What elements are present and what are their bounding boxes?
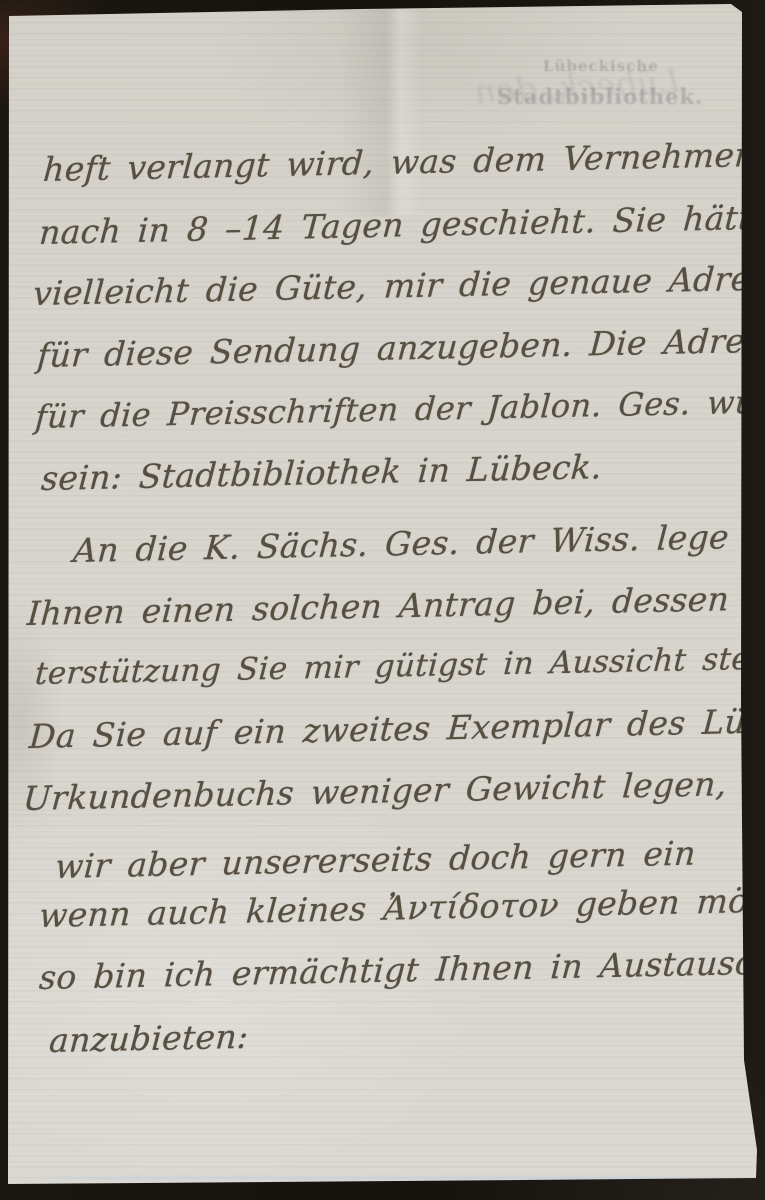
handwritten-line: anzubieten:	[48, 1017, 250, 1060]
letter-paper: Lübeckische Stadtbibliothek. Lübeck, den…	[0, 0, 765, 1200]
scanned-letter-screenshot: { "scan": { "paper_color": "#d7d4cd", "i…	[0, 0, 765, 1200]
